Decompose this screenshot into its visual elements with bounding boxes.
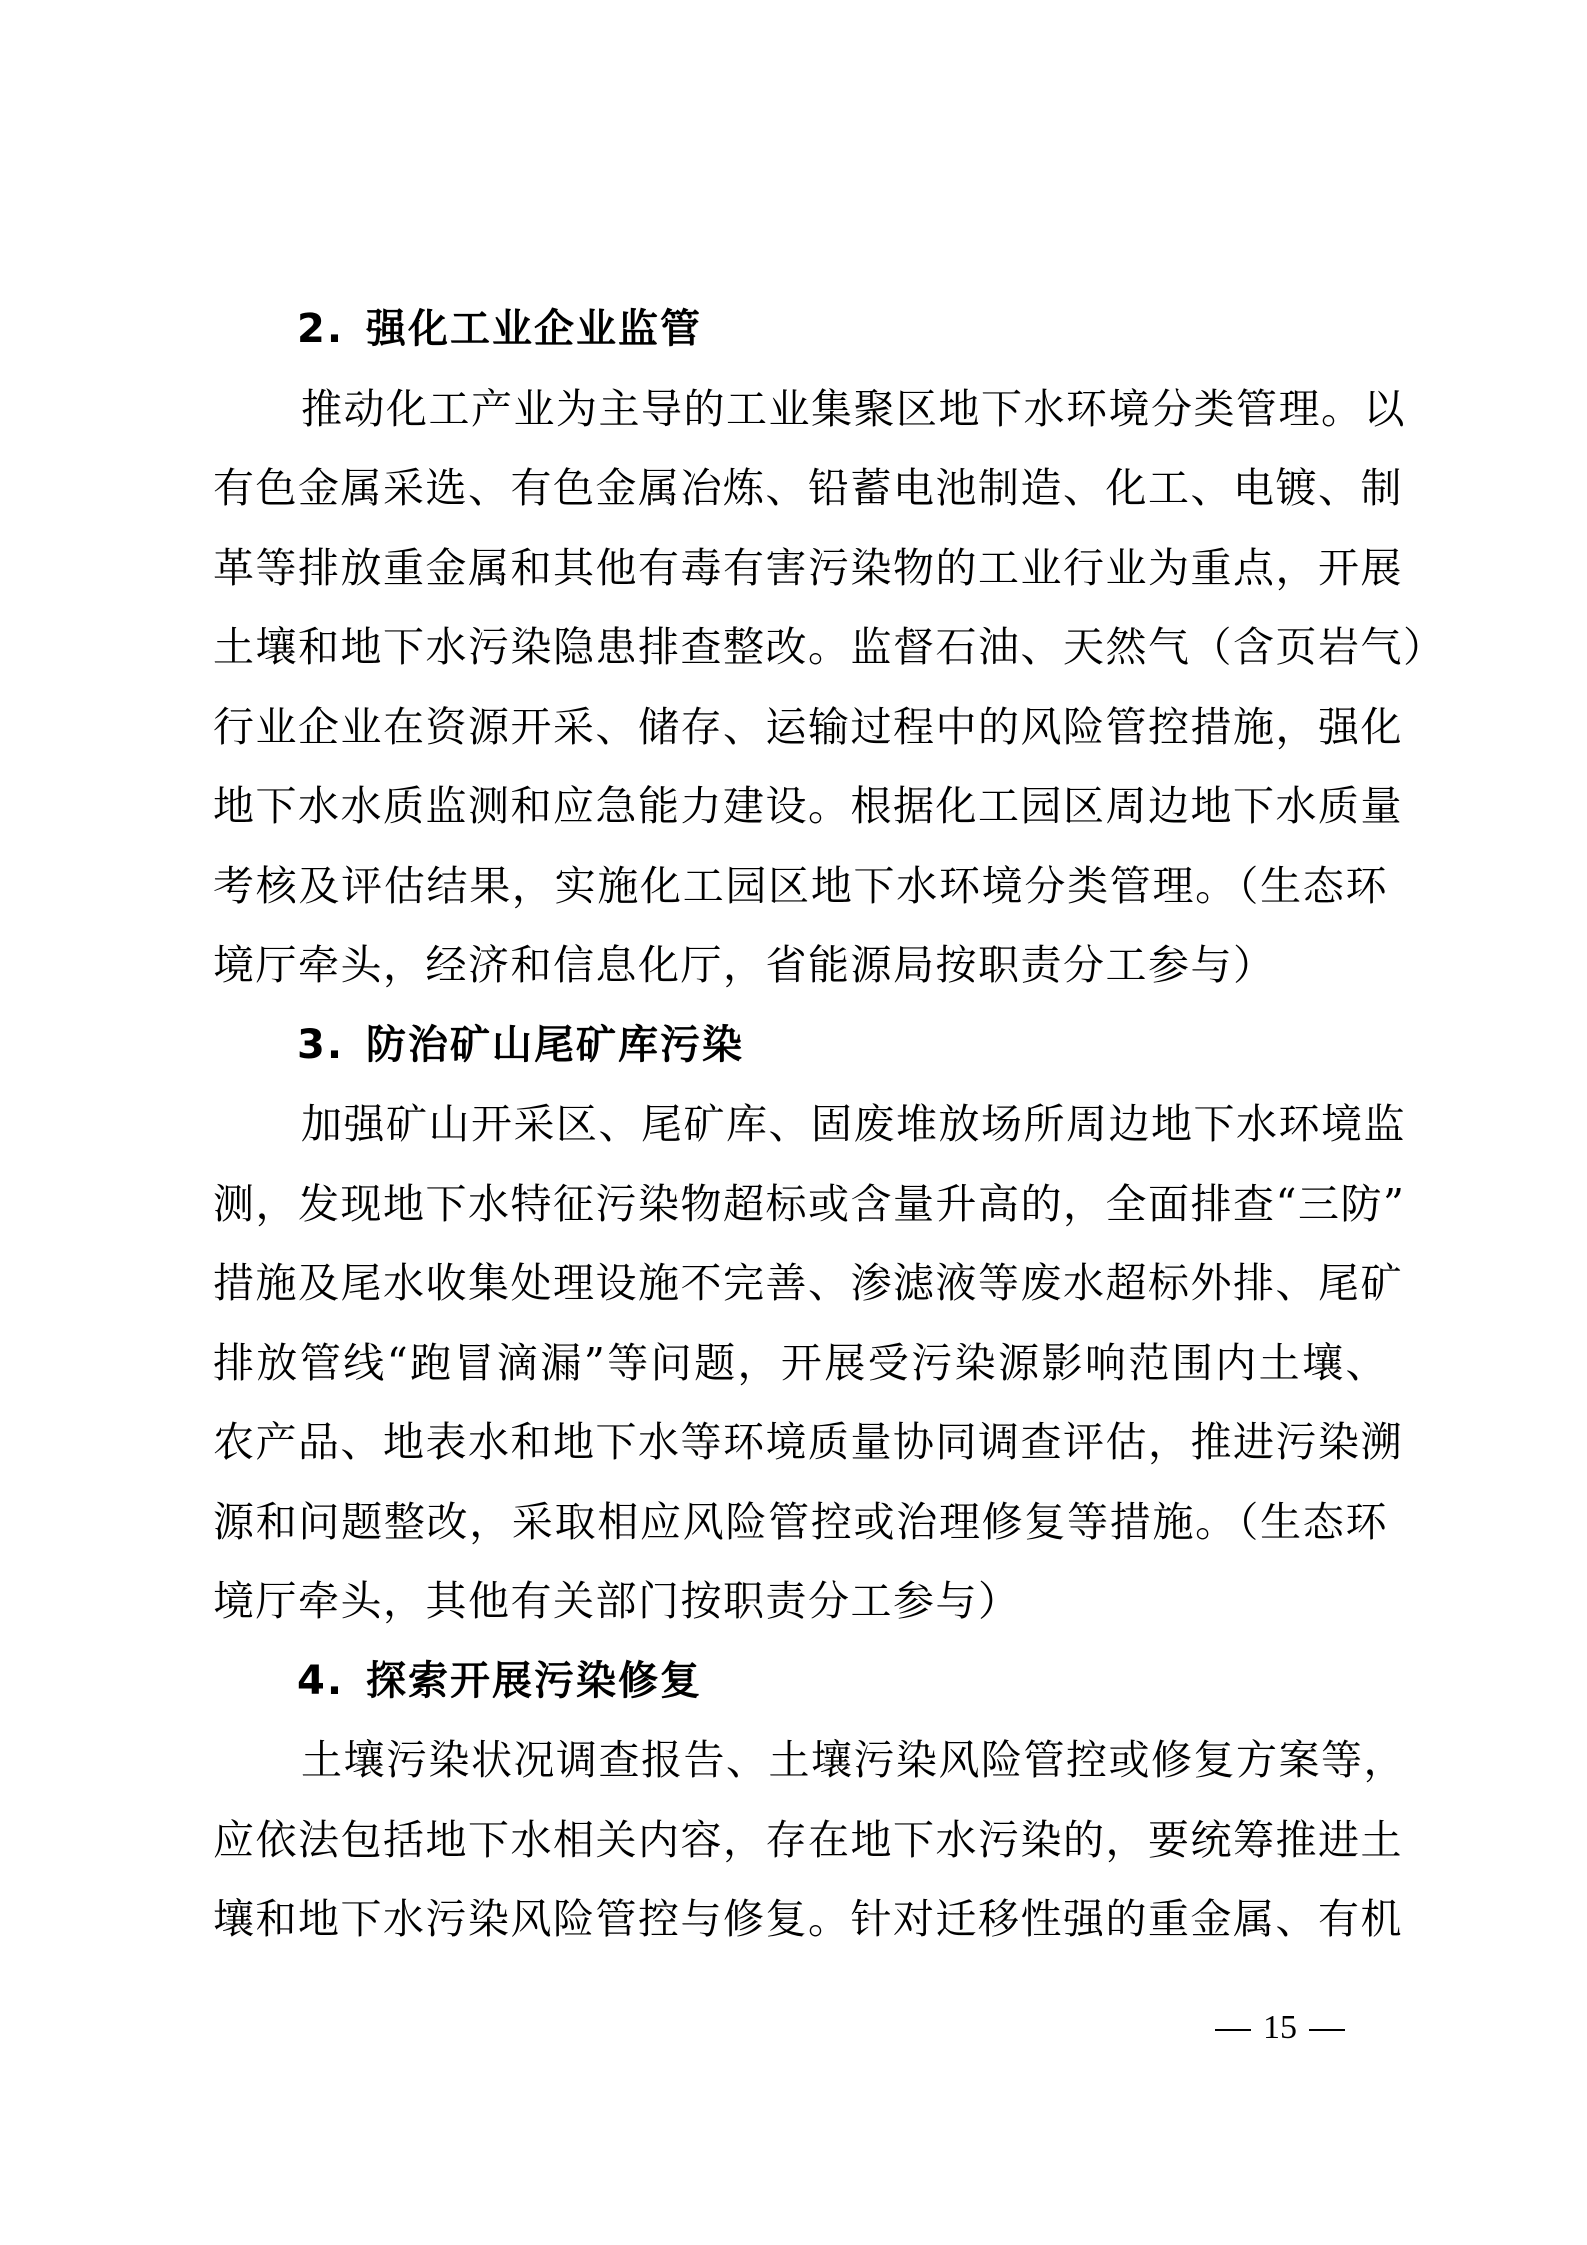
page-number: 15	[1263, 2009, 1297, 2046]
text-line: 壤和地下水污染风险管控与修复。针对迁移性强的重金属、有机	[213, 1880, 1388, 1960]
text-line: 有色金属采选、有色金属冶炼、铅蓄电池制造、化工、电镀、制	[213, 449, 1388, 529]
section-body-4: 土壤污染状况调查报告、土壤污染风险管控或修复方案等， 应依法包括地下水相关内容，…	[213, 1721, 1388, 1960]
text-line: 加强矿山开采区、尾矿库、固废堆放场所周边地下水环境监	[213, 1085, 1388, 1165]
text-line: 土壤和地下水污染隐患排查整改。监督石油、天然气（含页岩气）	[213, 608, 1388, 688]
section-body-3: 加强矿山开采区、尾矿库、固废堆放场所周边地下水环境监 测，发现地下水特征污染物超…	[213, 1085, 1388, 1642]
text-line: 革等排放重金属和其他有毒有害污染物的工业行业为重点，开展	[213, 529, 1388, 609]
text-line: 推动化工产业为主导的工业集聚区地下水环境分类管理。以	[213, 370, 1388, 450]
document-page: 2.强化工业企业监管 推动化工产业为主导的工业集聚区地下水环境分类管理。以 有色…	[213, 290, 1388, 1960]
section-heading-3: 3.防治矿山尾矿库污染	[213, 1006, 1388, 1086]
section-title: 强化工业企业监管	[366, 306, 702, 352]
text-line: 境厅牵头，经济和信息化厅，省能源局按职责分工参与）	[213, 926, 1388, 1006]
text-line: 措施及尾水收集处理设施不完善、渗滤液等废水超标外排、尾矿	[213, 1244, 1388, 1324]
section-heading-2: 2.强化工业企业监管	[213, 290, 1388, 370]
text-line: 应依法包括地下水相关内容，存在地下水污染的，要统筹推进土	[213, 1801, 1388, 1881]
text-line: 测，发现地下水特征污染物超标或含量升高的，全面排查“三防”	[213, 1165, 1388, 1245]
dash-left	[1215, 2029, 1251, 2031]
section-title: 防治矿山尾矿库污染	[366, 1022, 744, 1068]
text-line: 源和问题整改，采取相应风险管控或治理修复等措施。（生态环	[213, 1483, 1388, 1563]
text-line: 土壤污染状况调查报告、土壤污染风险管控或修复方案等，	[213, 1721, 1388, 1801]
section-heading-4: 4.探索开展污染修复	[213, 1642, 1388, 1722]
section-number: 4.	[297, 1642, 344, 1722]
dash-right	[1309, 2029, 1345, 2031]
text-line: 排放管线“跑冒滴漏”等问题，开展受污染源影响范围内土壤、	[213, 1324, 1388, 1404]
text-line: 行业企业在资源开采、储存、运输过程中的风险管控措施，强化	[213, 688, 1388, 768]
section-number: 2.	[297, 290, 344, 370]
text-line: 境厅牵头，其他有关部门按职责分工参与）	[213, 1562, 1388, 1642]
text-line: 考核及评估结果，实施化工园区地下水环境分类管理。（生态环	[213, 847, 1388, 927]
text-line: 农产品、地表水和地下水等环境质量协同调查评估，推进污染溯	[213, 1403, 1388, 1483]
page-footer: 15	[1190, 2003, 1370, 2053]
section-title: 探索开展污染修复	[366, 1658, 702, 1704]
text-line: 地下水水质监测和应急能力建设。根据化工园区周边地下水质量	[213, 767, 1388, 847]
section-body-2: 推动化工产业为主导的工业集聚区地下水环境分类管理。以 有色金属采选、有色金属冶炼…	[213, 370, 1388, 1006]
section-number: 3.	[297, 1006, 344, 1086]
